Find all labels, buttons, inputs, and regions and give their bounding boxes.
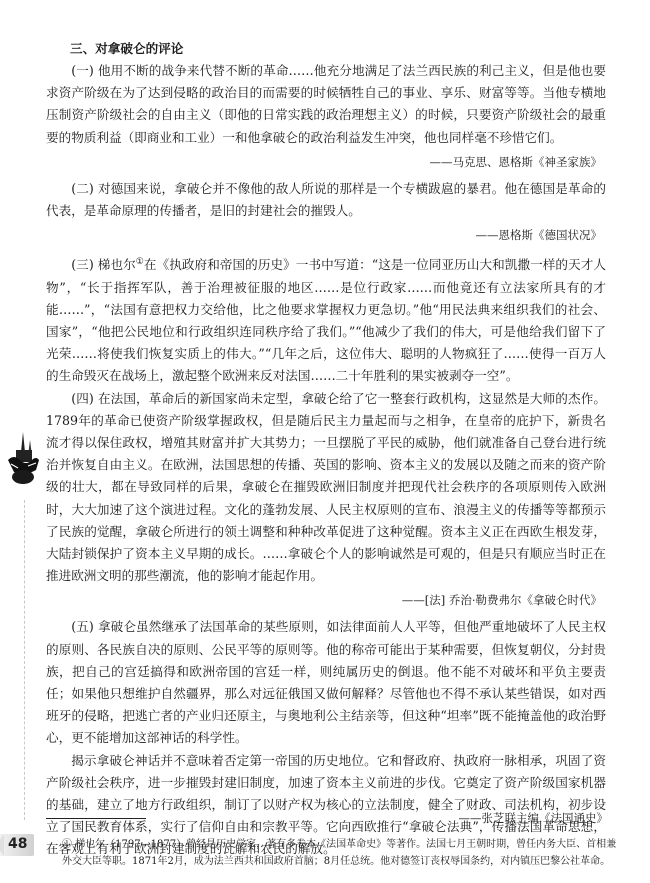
footnote-text: 梯也尔（1797—1877）曾经是历史学家，著有多卷本《法国革命史》等著作。法国…: [62, 839, 616, 867]
page-number: 48: [8, 836, 27, 852]
excerpt-5-source: ——张芝联主编《法国通史》: [459, 810, 609, 826]
excerpt-4: (四) 在法国，革命后的新国家尚未定型，拿破仑给了它一整套行政机构，这显然是大师…: [46, 388, 606, 588]
section-title: 三、对拿破仑的评论: [70, 38, 606, 60]
excerpt-3-body: 在《执政府和帝国的历史》一书中写道：“这是一位同亚历山大和凯撒一样的天才人物”，…: [46, 257, 606, 383]
page-content: 三、对拿破仑的评论 (一) 他用不断的战争来代替不断的革命……他充分地满足了法兰…: [46, 38, 606, 861]
excerpt-2-source: ——恩格斯《德国状况》: [46, 225, 606, 245]
excerpt-4-source: ——[法] 乔治·勒费弗尔《拿破仑时代》: [46, 590, 606, 610]
footnote-marker-link[interactable]: ①: [136, 257, 144, 267]
excerpt-3: (三) 梯也尔①在《执政府和帝国的历史》一书中写道：“这是一位同亚历山大和凯撒一…: [46, 251, 606, 387]
excerpt-3-lead: (三) 梯也尔: [71, 257, 136, 272]
footnote: ① 梯也尔（1797—1877）曾经是历史学家，著有多卷本《法国革命史》等著作。…: [62, 836, 622, 870]
excerpt-1: (一) 他用不断的战争来代替不断的革命……他充分地满足了法兰西民族的利己主义，但…: [46, 60, 606, 149]
excerpt-5: (五) 拿破仑虽然继承了法国革命的某些原则，如法律面前人人平等，但他严重地破坏了…: [46, 616, 606, 749]
excerpt-1-source: ——马克思、恩格斯《神圣家族》: [46, 152, 606, 172]
margin-dashed-line: [24, 500, 26, 820]
castle-ornament-icon: [6, 430, 40, 490]
footnote-marker: ①: [62, 839, 72, 850]
footnote-divider: [46, 818, 146, 819]
excerpt-2: (二) 对德国来说，拿破仑并不像他的敌人所说的那样是一个专横跋扈的暴君。他在德国…: [46, 178, 606, 222]
